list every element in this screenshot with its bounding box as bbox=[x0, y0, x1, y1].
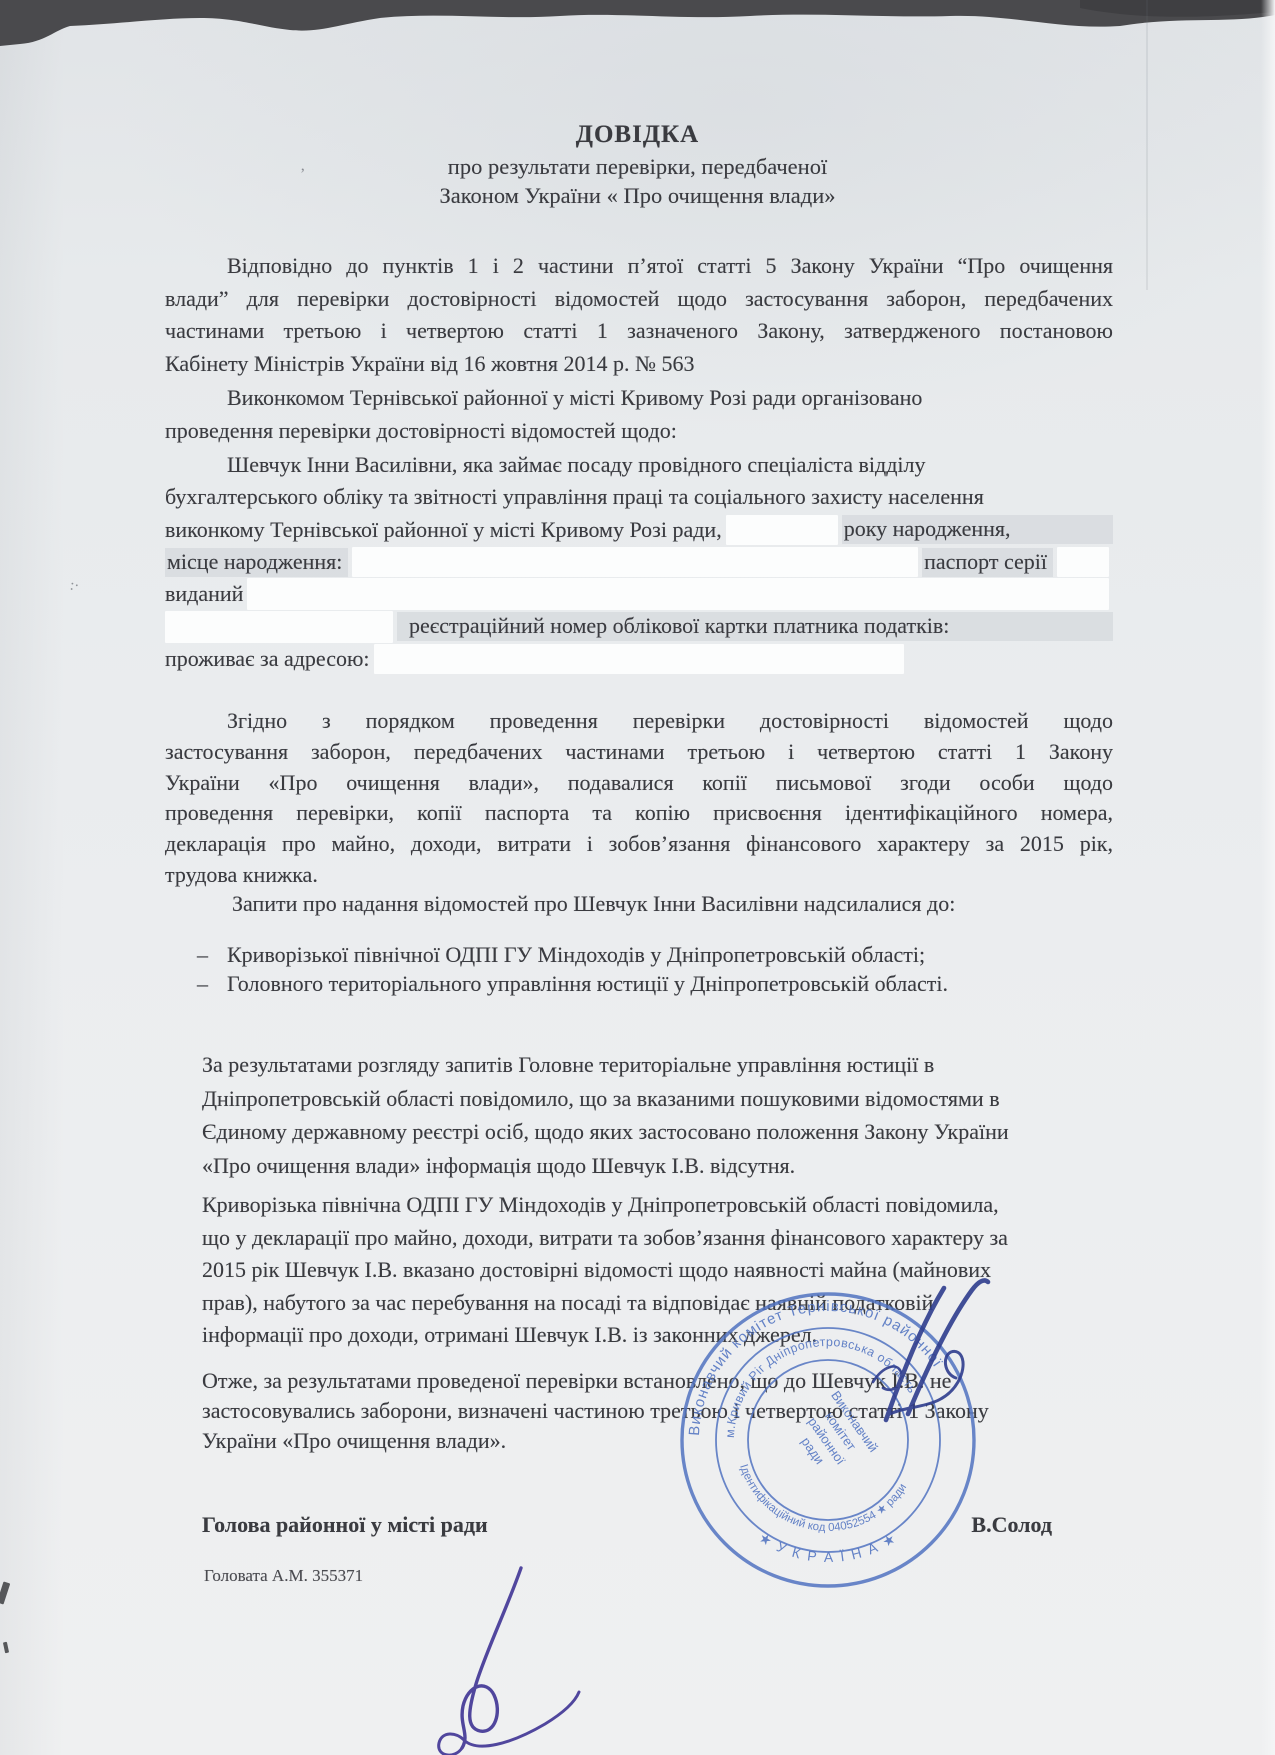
scan-artifact-mark: :· bbox=[69, 577, 80, 595]
text-line: декларація про майно, доходи, витрати і … bbox=[165, 829, 1113, 860]
text-segment: виданий bbox=[165, 581, 243, 607]
redaction-box-birthyear bbox=[726, 515, 838, 545]
text-line-redacted: проживає за адресою: bbox=[165, 643, 1113, 675]
text-line: За результатами розгляду запитів Головне… bbox=[202, 1048, 1087, 1082]
text-line: бухгалтерського обліку та звітності упра… bbox=[165, 481, 1113, 513]
list-item: – Головного територіального управління ю… bbox=[197, 969, 1137, 998]
redaction-box-passport-series bbox=[1057, 547, 1109, 577]
list-dash: – bbox=[197, 940, 227, 969]
paragraph-requests-sent: Запити про надання відомостей про Шевчук… bbox=[165, 888, 1113, 920]
text-segment: проживає за адресою: bbox=[165, 646, 370, 672]
text-segment: паспорт серії bbox=[922, 548, 1053, 577]
document-title: ДОВІДКА bbox=[0, 118, 1275, 152]
text-line: Кабінету Міністрів України від 16 жовтня… bbox=[165, 348, 1113, 381]
paragraph-person-details: Шевчук Інни Василівни, яка займає посаду… bbox=[165, 449, 1113, 675]
text-segment: місце народження: bbox=[165, 548, 348, 577]
text-line-redacted: виданий bbox=[165, 578, 1113, 610]
paragraph-organizer: Виконкомом Тернівської районної у місті … bbox=[165, 382, 1113, 447]
document-title-block: ДОВІДКА про результати перевірки, передб… bbox=[0, 118, 1275, 210]
text-line: Відповідно до пунктів 1 і 2 частини п’ят… bbox=[165, 250, 1113, 283]
list-dash: – bbox=[197, 969, 227, 998]
paragraph-legal-basis: Відповідно до пунктів 1 і 2 частини п’ят… bbox=[165, 250, 1113, 380]
paragraph-submitted-documents: Згідно з порядком проведення перевірки д… bbox=[165, 706, 1113, 891]
handwritten-signature bbox=[335, 1560, 605, 1755]
text-line: частинами третьою і четвертою статті 1 з… bbox=[165, 315, 1113, 348]
text-line: проведення перевірки, копії паспорта та … bbox=[165, 798, 1113, 829]
signatory-position: Голова районної у місті ради bbox=[202, 1512, 488, 1538]
text-line: Згідно з порядком проведення перевірки д… bbox=[165, 706, 1113, 737]
text-line: Дніпропетровській області повідомило, що… bbox=[202, 1082, 1087, 1116]
scan-speck bbox=[0, 1581, 10, 1604]
text-line: трудова книжка. bbox=[165, 860, 1113, 891]
text-line: Виконкомом Тернівської районної у місті … bbox=[165, 382, 1113, 415]
text-line-redacted: реєстраційний номер облікової картки пла… bbox=[165, 610, 1113, 642]
document-subtitle-line2: Законом України « Про очищення влади» bbox=[0, 181, 1275, 210]
scanner-edge-top bbox=[0, 0, 1275, 56]
list-item: – Криворізької північної ОДПІ ГУ Міндохо… bbox=[197, 940, 1137, 969]
text-line: Запити про надання відомостей про Шевчук… bbox=[165, 888, 1113, 920]
redaction-box-address bbox=[374, 644, 904, 674]
text-line: Єдиному державному реєстрі осіб, щодо як… bbox=[202, 1115, 1087, 1149]
recipients-list: – Криворізької північної ОДПІ ГУ Міндохо… bbox=[197, 940, 1137, 998]
scanner-edge-right bbox=[1261, 0, 1275, 1755]
official-stamp: Виконавчий комітет Тернівської районної … bbox=[650, 1262, 1006, 1618]
svg-text:★ У К Р А Ї Н А ★: ★ У К Р А Ї Н А ★ bbox=[756, 1529, 900, 1565]
document-subtitle-line1: про результати перевірки, передбаченої bbox=[0, 152, 1275, 181]
redaction-box-passport-issuer bbox=[247, 578, 1109, 610]
text-line-redacted: місце народження: паспорт серії bbox=[165, 546, 1113, 578]
text-segment: виконкому Тернівської районної у місті К… bbox=[165, 517, 722, 543]
scanned-document-page: :· ’ ДОВІДКА про результати перевірки, п… bbox=[0, 0, 1275, 1755]
text-line: «Про очищення влади» інформація щодо Шев… bbox=[202, 1149, 1087, 1183]
text-line: застосування заборон, передбачених части… bbox=[165, 737, 1113, 768]
paragraph-justice-reply: За результатами розгляду запитів Головне… bbox=[202, 1048, 1087, 1182]
list-item-text: Головного територіального управління юст… bbox=[227, 969, 948, 998]
text-line: України «Про очищення влади», подавалися… bbox=[165, 768, 1113, 799]
text-segment: реєстраційний номер облікової картки пла… bbox=[397, 612, 1113, 641]
redaction-box-birthplace bbox=[352, 547, 918, 577]
text-line: Шевчук Інни Василівни, яка займає посаду… bbox=[165, 449, 1113, 481]
stamp-ring1-bottom-text: ★ У К Р А Ї Н А ★ bbox=[756, 1529, 900, 1565]
list-item-text: Криворізької північної ОДПІ ГУ Міндоході… bbox=[227, 940, 925, 969]
text-line: що у декларації про майно, доходи, витра… bbox=[202, 1222, 1087, 1255]
scan-speck bbox=[3, 1642, 9, 1654]
text-line: Криворізька північна ОДПІ ГУ Міндоходів … bbox=[202, 1189, 1087, 1222]
text-line: проведення перевірки достовірності відом… bbox=[165, 415, 1113, 448]
redaction-box-tax-number bbox=[165, 611, 393, 643]
text-line: влади” для перевірки достовірності відом… bbox=[165, 283, 1113, 316]
text-segment: року народження, bbox=[842, 515, 1113, 544]
text-line-redacted: виконкому Тернівської районної у місті К… bbox=[165, 514, 1113, 546]
